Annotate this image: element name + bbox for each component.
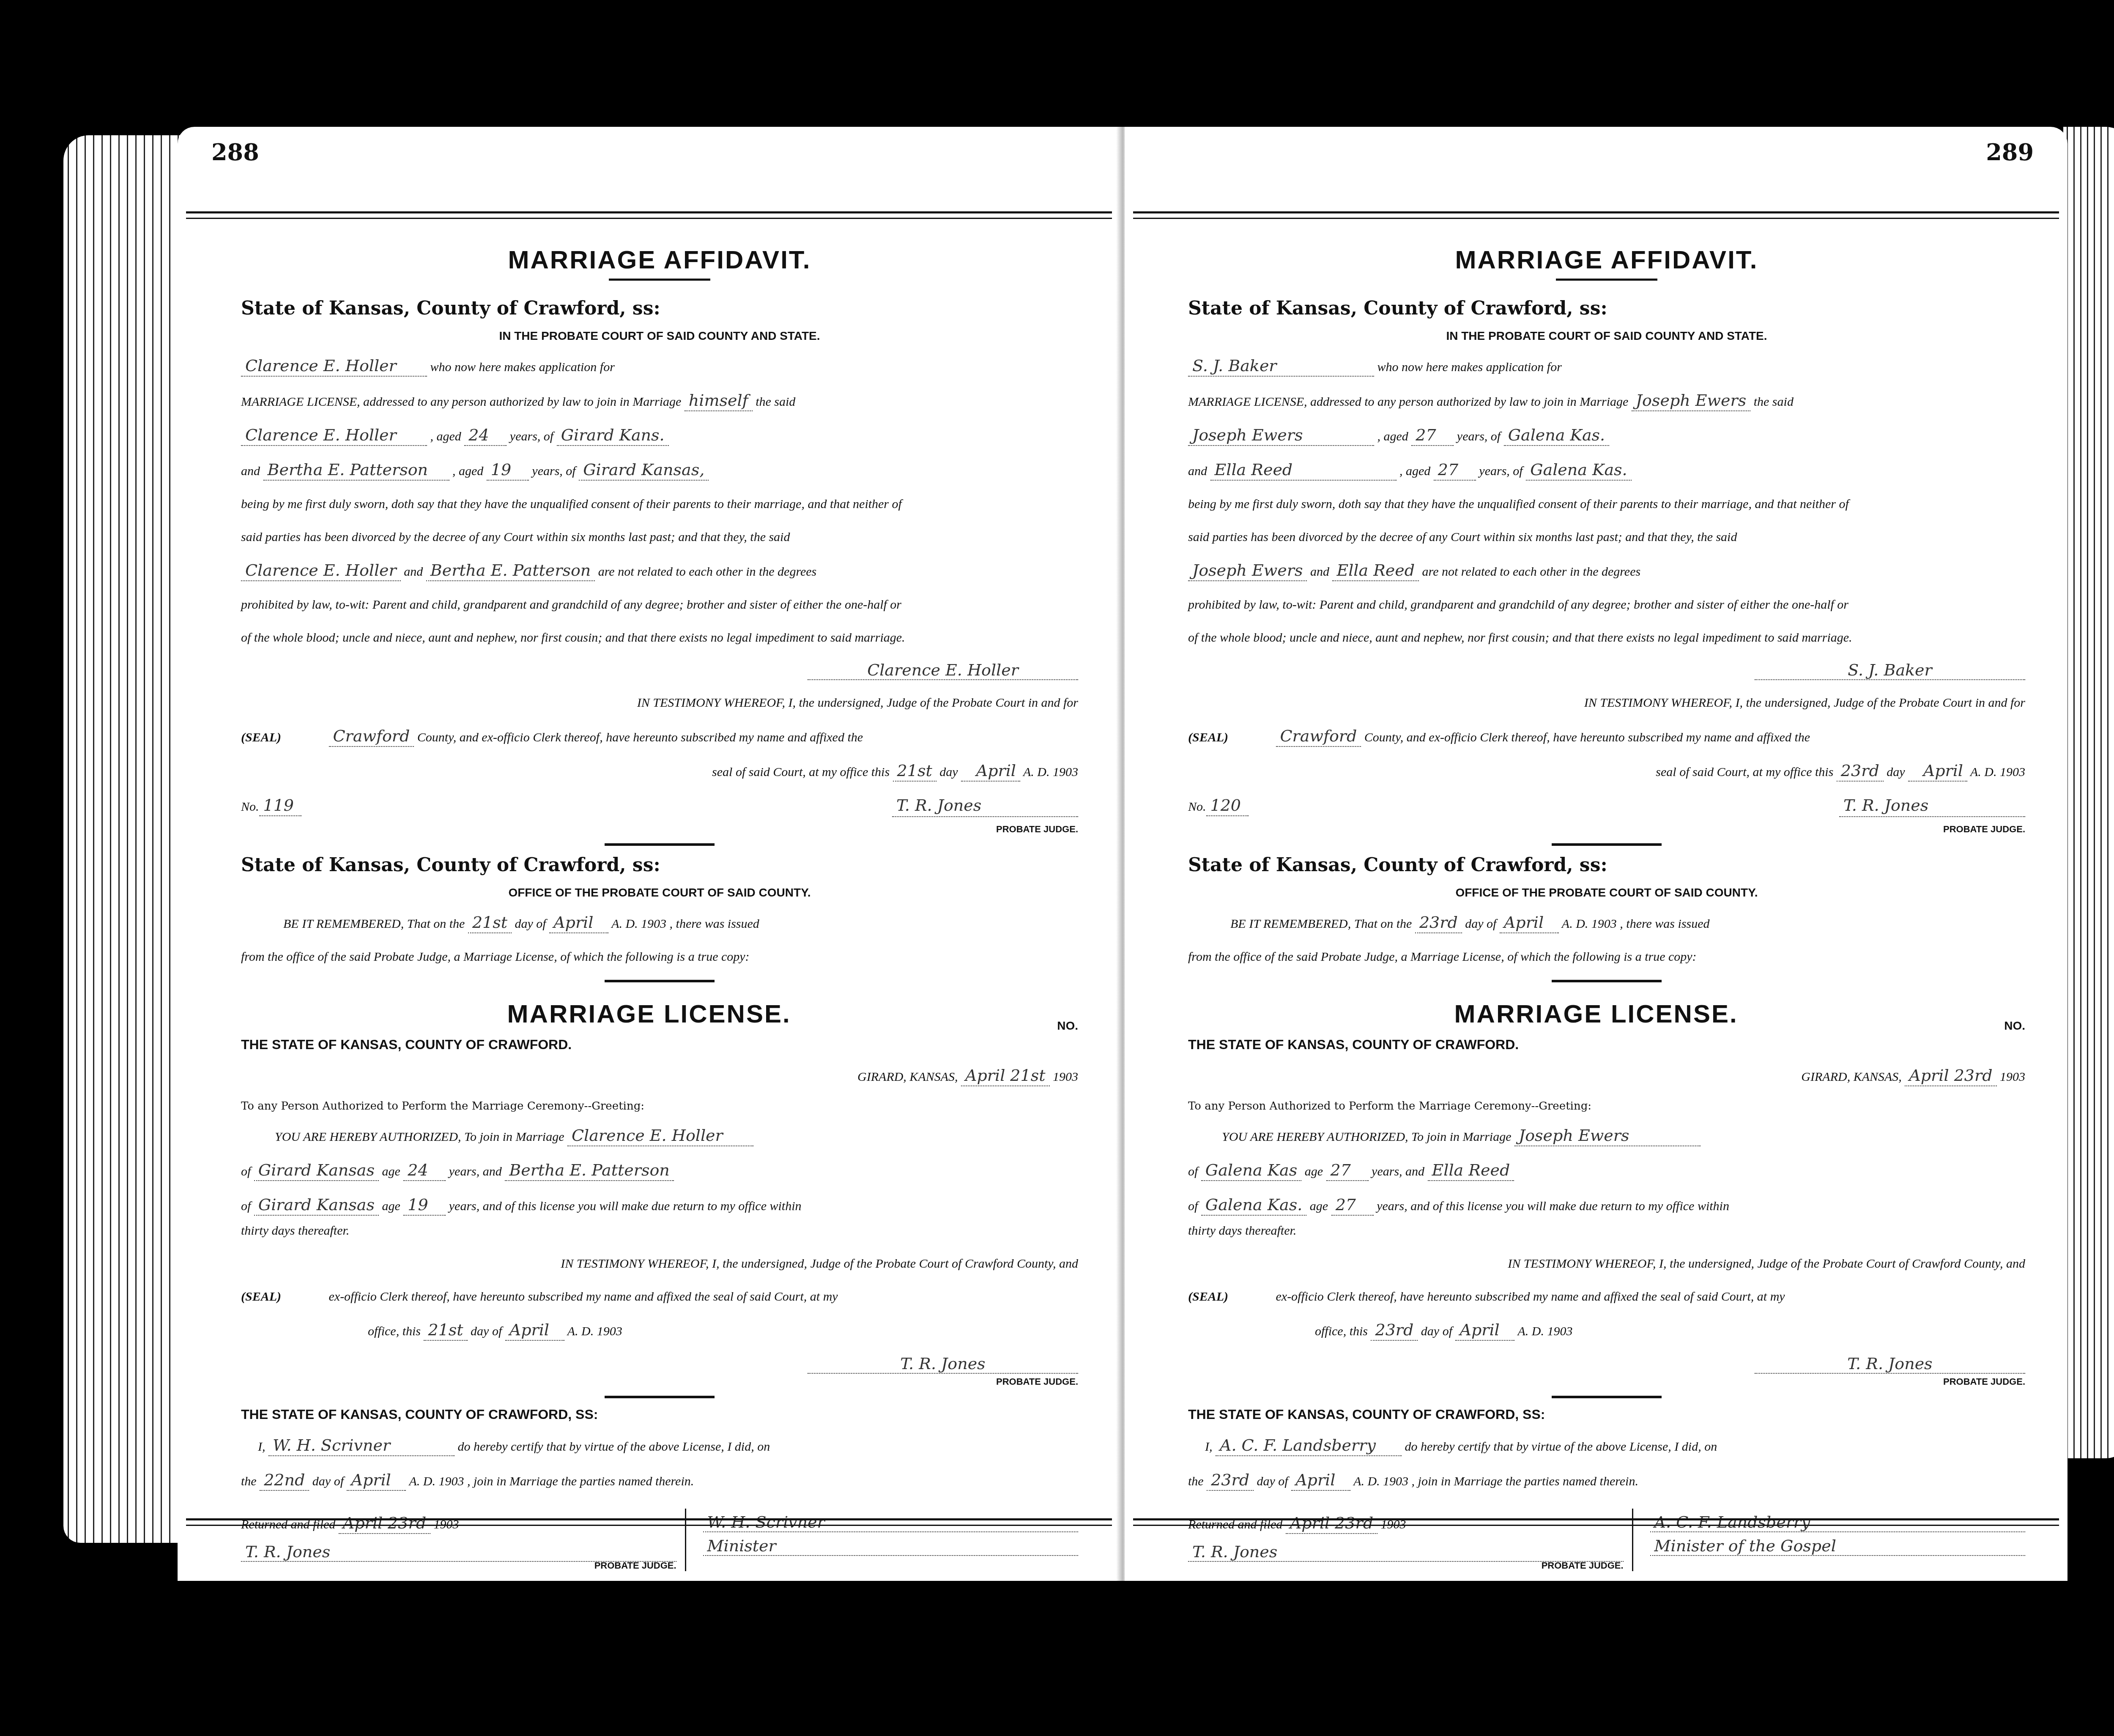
license-for-field[interactable]: himself bbox=[685, 390, 753, 411]
office-line: OFFICE OF THE PROBATE COURT OF SAID COUN… bbox=[1188, 886, 2025, 899]
bottom-rule bbox=[186, 1518, 1112, 1526]
license-judge-signature[interactable]: T. R. Jones bbox=[808, 1354, 1078, 1374]
groom-residence-field[interactable]: Galena Kas. bbox=[1504, 425, 1609, 446]
county-field[interactable]: Crawford bbox=[329, 726, 414, 747]
section-divider bbox=[605, 980, 715, 982]
day-of-label: day of bbox=[1257, 1474, 1288, 1488]
bride-residence-field[interactable]: Galena Kas. bbox=[1526, 459, 1631, 481]
authorized-line: YOU ARE HEREBY AUTHORIZED, To join in Ma… bbox=[1188, 1125, 2025, 1147]
license-bride-age[interactable]: 27 bbox=[1331, 1195, 1374, 1216]
aged-label: , aged bbox=[452, 464, 483, 478]
license-groom-field[interactable]: Joseph Ewers bbox=[1514, 1125, 1701, 1146]
not-related-text: are not related to each other in the deg… bbox=[1422, 565, 1641, 579]
day-of-label: day of bbox=[471, 1324, 502, 1338]
ad-year-suffix: A. D. 1903 , join in Marriage the partie… bbox=[1353, 1474, 1638, 1488]
groom-age-field[interactable]: 27 bbox=[1411, 425, 1454, 446]
age-label: age bbox=[1305, 1165, 1323, 1178]
license-day-field[interactable]: 23rd bbox=[1371, 1320, 1418, 1341]
day-field[interactable]: 21st bbox=[893, 760, 937, 782]
prohibited-text: prohibited by law, to-wit: Parent and ch… bbox=[241, 595, 1078, 615]
license-judge-signature[interactable]: T. R. Jones bbox=[1755, 1354, 2025, 1374]
divorce-text: said parties has been divorced by the de… bbox=[241, 527, 1078, 547]
certificate-state-line: THE STATE OF KANSAS, COUNTY OF CRAWFORD,… bbox=[1188, 1407, 2025, 1422]
greeting: To any Person Authorized to Perform the … bbox=[241, 1100, 1078, 1113]
license-testimony: IN TESTIMONY WHEREOF, I, the undersigned… bbox=[1188, 1254, 2025, 1274]
party1-field[interactable]: Clarence E. Holler bbox=[241, 560, 401, 581]
page-number: 288 bbox=[211, 139, 259, 166]
record-day-field[interactable]: 21st bbox=[468, 912, 512, 933]
license-bride-line: of Girard Kansas age 19 years, and of th… bbox=[241, 1195, 1078, 1217]
sworn-text: being by me first duly sworn, doth say t… bbox=[241, 494, 1078, 514]
applicant-line: Clarence E. Holler who now here makes ap… bbox=[241, 355, 1078, 377]
sworn-text: being by me first duly sworn, doth say t… bbox=[1188, 494, 2025, 514]
number-judge-line: No.120 T. R. Jones bbox=[1188, 795, 2025, 817]
groom-line: Clarence E. Holler , aged 24 years, of G… bbox=[241, 425, 1078, 447]
certificate-day-field[interactable]: 22nd bbox=[260, 1470, 309, 1491]
returned-judge-signature[interactable]: T. R. Jones bbox=[1188, 1542, 1624, 1562]
groom-age-field[interactable]: 24 bbox=[464, 425, 507, 446]
parties-line: Clarence E. Holler and Bertha E. Patters… bbox=[241, 560, 1078, 582]
thirty-days: thirty days thereafter. bbox=[1188, 1221, 2025, 1241]
no-label: No. bbox=[1188, 800, 1206, 814]
certificate-state-line: THE STATE OF KANSAS, COUNTY OF CRAWFORD,… bbox=[241, 1407, 1078, 1422]
years-of-label: years, of bbox=[510, 429, 553, 443]
license-text: MARRIAGE LICENSE, addressed to any perso… bbox=[241, 395, 681, 409]
license-bride-field[interactable]: Bertha E. Patterson bbox=[505, 1160, 674, 1181]
seal-date-line: seal of said Court, at my office this 21… bbox=[241, 760, 1078, 782]
age-label: age bbox=[1310, 1199, 1328, 1213]
clerk-text: ex-officio Clerk thereof, have hereunto … bbox=[329, 1290, 838, 1304]
bride-line: and Bertha E. Patterson , aged 19 years,… bbox=[241, 459, 1078, 481]
seal-label: (SEAL) bbox=[1188, 727, 1273, 748]
bride-age-field[interactable]: 19 bbox=[487, 459, 529, 481]
office-this: office, this bbox=[368, 1324, 421, 1338]
age-label: age bbox=[382, 1165, 400, 1178]
license-bride-residence[interactable]: Girard Kansas bbox=[254, 1195, 379, 1216]
the-label: the bbox=[1188, 1474, 1204, 1488]
the-said-label: the said bbox=[1754, 395, 1794, 409]
county-text: County, and ex-officio Clerk thereof, ha… bbox=[417, 730, 863, 744]
seal-text: seal of said Court, at my office this bbox=[712, 765, 890, 779]
seal-label: (SEAL) bbox=[241, 727, 326, 748]
applicant-suffix: who now here makes application for bbox=[1377, 360, 1562, 374]
record-day-field[interactable]: 23rd bbox=[1415, 912, 1462, 933]
day-label: day bbox=[939, 765, 958, 779]
affidavit-number[interactable]: 120 bbox=[1206, 795, 1249, 816]
probate-judge-label: PROBATE JUDGE. bbox=[241, 1376, 1078, 1387]
groom-residence-field[interactable]: Girard Kans. bbox=[557, 425, 669, 446]
license-groom-age[interactable]: 27 bbox=[1326, 1160, 1369, 1181]
certificate-month-field[interactable]: April bbox=[1291, 1470, 1350, 1491]
certify-text: do hereby certify that by virtue of the … bbox=[1405, 1440, 1717, 1454]
certificate-officiant-line: I, A. C. F. Landsberry do hereby certify… bbox=[1188, 1435, 2025, 1457]
affidavit-number[interactable]: 119 bbox=[259, 795, 301, 816]
day-field[interactable]: 23rd bbox=[1837, 760, 1884, 782]
license-year: 1903 bbox=[1053, 1070, 1078, 1084]
month-field[interactable]: April bbox=[961, 760, 1020, 782]
license-date-field[interactable]: April 23rd bbox=[1905, 1065, 1996, 1086]
the-label: the bbox=[241, 1474, 257, 1488]
applicant-suffix: who now here makes application for bbox=[430, 360, 615, 374]
license-office-line: office, this 23rd day of April A. D. 190… bbox=[1188, 1320, 2025, 1342]
left-page: 288 MARRIAGE AFFIDAVIT. State of Kansas,… bbox=[178, 127, 1120, 1581]
applicant-field[interactable]: S. J. Baker bbox=[1188, 355, 1374, 377]
ad-year: A. D. 1903 bbox=[1970, 765, 2025, 779]
license-groom-field[interactable]: Clarence E. Holler bbox=[567, 1125, 753, 1146]
license-testimony: IN TESTIMONY WHEREOF, I, the undersigned… bbox=[241, 1254, 1078, 1274]
day-of-label: day of bbox=[1421, 1324, 1452, 1338]
testimony-text: IN TESTIMONY WHEREOF, I, the undersigned… bbox=[1188, 693, 2025, 713]
return-text: years, and of this license you will make… bbox=[449, 1199, 802, 1213]
book-page-edges-right bbox=[2063, 127, 2114, 1458]
i-label: I, bbox=[1205, 1440, 1213, 1454]
prohibited-text: prohibited by law, to-wit: Parent and ch… bbox=[1188, 595, 2025, 615]
section-divider bbox=[605, 1396, 715, 1398]
license-date-line: GIRARD, KANSAS, April 21st 1903 bbox=[241, 1065, 1078, 1087]
license-bride-age[interactable]: 19 bbox=[403, 1195, 446, 1216]
testimony-text: IN TESTIMONY WHEREOF, I, the undersigned… bbox=[241, 693, 1078, 713]
affiant-signature[interactable]: S. J. Baker bbox=[1755, 661, 2025, 680]
office-this: office, this bbox=[1315, 1324, 1368, 1338]
blood-text: of the whole blood; uncle and niece, aun… bbox=[1188, 628, 2025, 648]
day-label: day bbox=[1887, 765, 1905, 779]
right-page: 289 MARRIAGE AFFIDAVIT. State of Kansas,… bbox=[1125, 127, 2067, 1581]
license-day-field[interactable]: 21st bbox=[424, 1320, 467, 1341]
license-text: MARRIAGE LICENSE, addressed to any perso… bbox=[1188, 395, 1628, 409]
section-divider bbox=[1552, 843, 1662, 846]
true-copy-text: from the office of the said Probate Judg… bbox=[1188, 947, 2025, 967]
years-of-label: years, of bbox=[1457, 429, 1501, 443]
return-text: years, and of this license you will make… bbox=[1377, 1199, 1729, 1213]
record-month-field[interactable]: April bbox=[549, 912, 608, 933]
returned-judge-signature[interactable]: T. R. Jones bbox=[241, 1542, 676, 1562]
license-no-label: NO. bbox=[1057, 1019, 1078, 1033]
license-title: MARRIAGE LICENSE. bbox=[1188, 999, 2004, 1028]
years-of-label: years, of bbox=[532, 464, 575, 478]
thirty-days: thirty days thereafter. bbox=[241, 1221, 1078, 1241]
license-state-line: THE STATE OF KANSAS, COUNTY OF CRAWFORD. bbox=[1188, 1037, 2025, 1053]
ad-year-suffix: A. D. 1903 , there was issued bbox=[1562, 917, 1710, 931]
day-of-label: day of bbox=[1465, 917, 1496, 931]
county-text: County, and ex-officio Clerk thereof, ha… bbox=[1364, 730, 1810, 744]
license-bride-residence[interactable]: Galena Kas. bbox=[1201, 1195, 1306, 1216]
license-date-field[interactable]: April 21st bbox=[961, 1065, 1049, 1086]
court-line: IN THE PROBATE COURT OF SAID COUNTY AND … bbox=[241, 329, 1078, 343]
and-label: and bbox=[404, 565, 423, 579]
groom-name-field[interactable]: Joseph Ewers bbox=[1188, 425, 1374, 446]
license-office-line: office, this 21st day of April A. D. 190… bbox=[241, 1320, 1078, 1342]
ad-year-suffix: A. D. 1903 , there was issued bbox=[611, 917, 759, 931]
certificate-date-line: the 22nd day of April A. D. 1903 , join … bbox=[241, 1470, 1078, 1492]
license-date-line: GIRARD, KANSAS, April 23rd 1903 bbox=[1188, 1065, 2025, 1087]
remembered-prefix: BE IT REMEMBERED, That on the bbox=[283, 917, 465, 931]
and-label: and bbox=[1310, 565, 1329, 579]
age-label: age bbox=[382, 1199, 400, 1213]
party2-field[interactable]: Bertha E. Patterson bbox=[426, 560, 595, 581]
license-bride-line: of Galena Kas. age 27 years, and of this… bbox=[1188, 1195, 2025, 1217]
and-label: and bbox=[241, 464, 260, 478]
of-label: of bbox=[1188, 1165, 1198, 1178]
place-label: GIRARD, KANSAS, bbox=[1801, 1070, 1901, 1084]
applicant-field[interactable]: Clarence E. Holler bbox=[241, 355, 427, 377]
officiant-field[interactable]: W. H. Scrivner bbox=[268, 1435, 455, 1456]
license-groom-line: of Galena Kas age 27 years, and Ella Ree… bbox=[1188, 1160, 2025, 1182]
certificate-date-line: the 23rd day of April A. D. 1903 , join … bbox=[1188, 1470, 2025, 1492]
affiant-signature[interactable]: Clarence E. Holler bbox=[808, 661, 1078, 680]
judge-signature[interactable]: T. R. Jones bbox=[1839, 795, 2025, 817]
certificate-officiant-line: I, W. H. Scrivner do hereby certify that… bbox=[241, 1435, 1078, 1457]
remembered-line: BE IT REMEMBERED, That on the 21st day o… bbox=[241, 912, 1078, 934]
seal-label: (SEAL) bbox=[241, 1287, 326, 1307]
license-no-label: NO. bbox=[2004, 1019, 2025, 1033]
aged-label: , aged bbox=[430, 429, 461, 443]
ad-year: A. D. 1903 bbox=[1023, 765, 1078, 779]
groom-name-field[interactable]: Clarence E. Holler bbox=[241, 425, 427, 446]
license-groom-residence[interactable]: Galena Kas bbox=[1201, 1160, 1301, 1181]
section-divider bbox=[1552, 980, 1662, 982]
license-month-field[interactable]: April bbox=[1455, 1320, 1514, 1341]
seal-date-line: seal of said Court, at my office this 23… bbox=[1188, 760, 2025, 782]
title-rule bbox=[609, 279, 710, 281]
certify-text: do hereby certify that by virtue of the … bbox=[458, 1440, 770, 1454]
years-of-label: years, of bbox=[1479, 464, 1523, 478]
clerk-text: ex-officio Clerk thereof, have hereunto … bbox=[1276, 1290, 1785, 1304]
probate-judge-label: PROBATE JUDGE. bbox=[1188, 824, 2025, 835]
applicant-line: S. J. Baker who now here makes applicati… bbox=[1188, 355, 2025, 377]
bride-residence-field[interactable]: Girard Kansas, bbox=[579, 459, 709, 481]
years-and-label: years, and bbox=[449, 1165, 502, 1178]
greeting: To any Person Authorized to Perform the … bbox=[1188, 1100, 2025, 1113]
top-rule bbox=[186, 211, 1112, 219]
years-and-label: years, and bbox=[1372, 1165, 1424, 1178]
aged-label: , aged bbox=[1399, 464, 1430, 478]
license-bride-field[interactable]: Ella Reed bbox=[1428, 1160, 1514, 1181]
record-state-heading: State of Kansas, County of Crawford, ss: bbox=[241, 854, 1078, 876]
page-number: 289 bbox=[1986, 139, 2034, 166]
certificate-day-field[interactable]: 23rd bbox=[1207, 1470, 1254, 1491]
top-rule bbox=[1133, 211, 2059, 219]
officiant-field[interactable]: A. C. F. Landsberry bbox=[1216, 1435, 1402, 1456]
authorized-text: YOU ARE HEREBY AUTHORIZED, To join in Ma… bbox=[1222, 1130, 1511, 1144]
license-line: MARRIAGE LICENSE, addressed to any perso… bbox=[241, 390, 1078, 412]
license-for-field[interactable]: Joseph Ewers bbox=[1632, 390, 1750, 411]
state-heading: State of Kansas, County of Crawford, ss: bbox=[241, 298, 1078, 319]
month-field[interactable]: April bbox=[1908, 760, 1967, 782]
bride-name-field[interactable]: Ella Reed bbox=[1210, 459, 1397, 481]
number-judge-line: No.119 T. R. Jones bbox=[241, 795, 1078, 817]
probate-judge-label: PROBATE JUDGE. bbox=[1188, 1376, 2025, 1387]
officiant-title[interactable]: Minister bbox=[703, 1536, 1078, 1556]
license-groom-line: of Girard Kansas age 24 years, and Berth… bbox=[241, 1160, 1078, 1182]
aged-label: , aged bbox=[1377, 429, 1408, 443]
affidavit-title: MARRIAGE AFFIDAVIT. bbox=[1188, 245, 2025, 274]
true-copy-text: from the office of the said Probate Judg… bbox=[241, 947, 1078, 967]
county-field[interactable]: Crawford bbox=[1276, 726, 1361, 747]
of-label: of bbox=[241, 1165, 251, 1178]
bride-name-field[interactable]: Bertha E. Patterson bbox=[263, 459, 449, 481]
remembered-line: BE IT REMEMBERED, That on the 23rd day o… bbox=[1188, 912, 2025, 934]
and-label: and bbox=[1188, 464, 1207, 478]
officiant-title[interactable]: Minister of the Gospel bbox=[1650, 1536, 2025, 1556]
county-line: (SEAL) Crawford County, and ex-officio C… bbox=[1188, 726, 2025, 748]
parties-line: Joseph Ewers and Ella Reed are not relat… bbox=[1188, 560, 2025, 582]
blood-text: of the whole blood; uncle and niece, aun… bbox=[241, 628, 1078, 648]
probate-judge-label: PROBATE JUDGE. bbox=[1188, 1560, 1624, 1571]
affidavit-title: MARRIAGE AFFIDAVIT. bbox=[241, 245, 1078, 274]
license-groom-residence[interactable]: Girard Kansas bbox=[254, 1160, 379, 1181]
license-state-line: THE STATE OF KANSAS, COUNTY OF CRAWFORD. bbox=[241, 1037, 1078, 1053]
section-divider bbox=[605, 843, 715, 846]
seal-label: (SEAL) bbox=[1188, 1287, 1273, 1307]
bride-line: and Ella Reed , aged 27 years, of Galena… bbox=[1188, 459, 2025, 481]
seal-text: seal of said Court, at my office this bbox=[1656, 765, 1833, 779]
ad-year: A. D. 1903 bbox=[567, 1324, 622, 1338]
the-said-label: the said bbox=[756, 395, 795, 409]
license-line: MARRIAGE LICENSE, addressed to any perso… bbox=[1188, 390, 2025, 412]
day-of-label: day of bbox=[312, 1474, 344, 1488]
remembered-prefix: BE IT REMEMBERED, That on the bbox=[1230, 917, 1412, 931]
judge-signature[interactable]: T. R. Jones bbox=[892, 795, 1078, 817]
bottom-rule bbox=[1133, 1518, 2059, 1526]
not-related-text: are not related to each other in the deg… bbox=[598, 565, 817, 579]
county-line: (SEAL) Crawford County, and ex-officio C… bbox=[241, 726, 1078, 748]
divorce-text: said parties has been divorced by the de… bbox=[1188, 527, 2025, 547]
probate-judge-label: PROBATE JUDGE. bbox=[241, 824, 1078, 835]
book-page-edges-left bbox=[63, 135, 190, 1543]
office-line: OFFICE OF THE PROBATE COURT OF SAID COUN… bbox=[241, 886, 1078, 899]
license-clerk-line: (SEAL) ex-officio Clerk thereof, have he… bbox=[241, 1287, 1078, 1307]
authorized-text: YOU ARE HEREBY AUTHORIZED, To join in Ma… bbox=[275, 1130, 564, 1144]
license-groom-age[interactable]: 24 bbox=[403, 1160, 446, 1181]
license-year: 1903 bbox=[2000, 1070, 2025, 1084]
record-month-field[interactable]: April bbox=[1500, 912, 1559, 933]
probate-judge-label: PROBATE JUDGE. bbox=[241, 1560, 676, 1571]
certificate-month-field[interactable]: April bbox=[347, 1470, 406, 1491]
groom-line: Joseph Ewers , aged 27 years, of Galena … bbox=[1188, 425, 2025, 447]
title-rule bbox=[1556, 279, 1657, 281]
of-label: of bbox=[1188, 1199, 1198, 1213]
court-line: IN THE PROBATE COURT OF SAID COUNTY AND … bbox=[1188, 329, 2025, 343]
license-title: MARRIAGE LICENSE. bbox=[241, 999, 1057, 1028]
record-state-heading: State of Kansas, County of Crawford, ss: bbox=[1188, 854, 2025, 876]
party1-field[interactable]: Joseph Ewers bbox=[1188, 560, 1307, 581]
i-label: I, bbox=[258, 1440, 266, 1454]
of-label: of bbox=[241, 1199, 251, 1213]
section-divider bbox=[1552, 1396, 1662, 1398]
license-month-field[interactable]: April bbox=[505, 1320, 564, 1341]
day-of-label: day of bbox=[515, 917, 546, 931]
authorized-line: YOU ARE HEREBY AUTHORIZED, To join in Ma… bbox=[241, 1125, 1078, 1147]
state-heading: State of Kansas, County of Crawford, ss: bbox=[1188, 298, 2025, 319]
bride-age-field[interactable]: 27 bbox=[1434, 459, 1476, 481]
no-label: No. bbox=[241, 800, 259, 814]
ad-year-suffix: A. D. 1903 , join in Marriage the partie… bbox=[409, 1474, 694, 1488]
license-clerk-line: (SEAL) ex-officio Clerk thereof, have he… bbox=[1188, 1287, 2025, 1307]
place-label: GIRARD, KANSAS, bbox=[857, 1070, 958, 1084]
ad-year: A. D. 1903 bbox=[1517, 1324, 1572, 1338]
party2-field[interactable]: Ella Reed bbox=[1332, 560, 1419, 581]
